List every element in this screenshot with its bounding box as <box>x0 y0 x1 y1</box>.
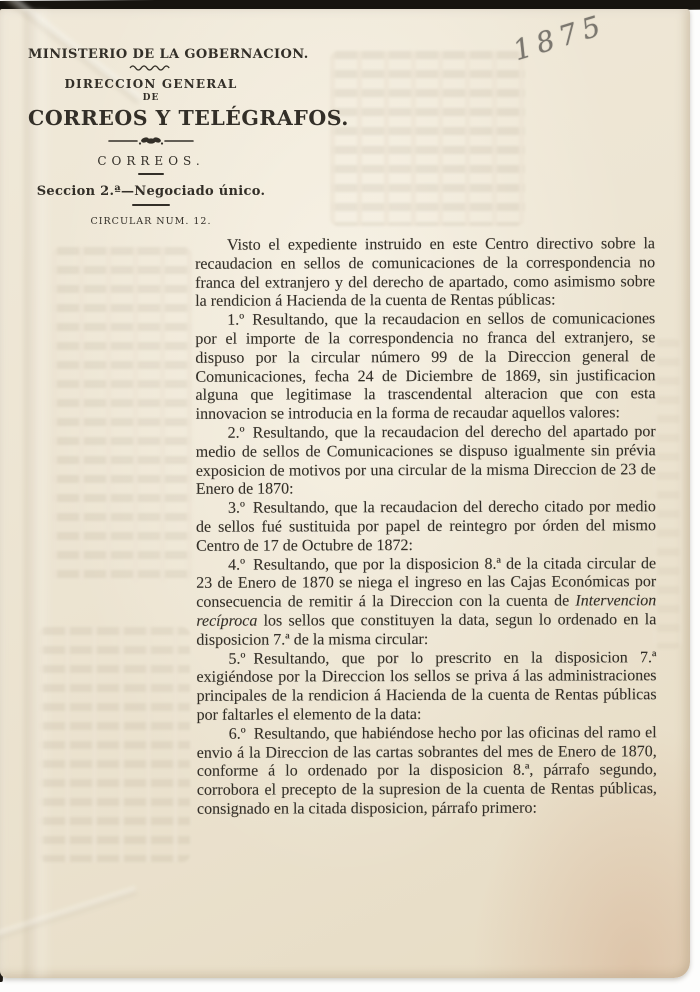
scanned-document: 1875 MINISTERIO DE LA GOBERNACION. DIREC… <box>0 0 700 992</box>
divider-rule <box>138 173 164 175</box>
fleuron-ornament-icon <box>105 134 197 148</box>
direction-general-line: DIRECCION GENERAL <box>28 77 274 91</box>
reverse-side-showthrough <box>52 247 192 582</box>
paragraph: 2.º Resultando, que la recaudacion del d… <box>196 423 656 500</box>
paragraph: Visto el expediente instruido en este Ce… <box>195 235 655 312</box>
reverse-side-showthrough <box>330 51 525 226</box>
direction-de-line: DE <box>28 93 274 103</box>
paper-crease-bottom-left <box>0 886 137 943</box>
squiggle-underline-icon <box>128 63 174 71</box>
paragraph: 4.º Resultando, que por la disposicion 8… <box>196 555 656 651</box>
circular-number: CIRCULAR NUM. 12. <box>28 216 274 227</box>
page-header: MINISTERIO DE LA GOBERNACION. DIRECCION … <box>28 47 274 227</box>
handwritten-year: 1875 <box>509 8 610 67</box>
ministry-title: MINISTERIO DE LA GOBERNACION. <box>28 47 274 62</box>
branch-title: CORREOS. <box>28 154 274 168</box>
reverse-side-showthrough <box>38 627 190 862</box>
paragraph: 1.º Resultando, que la recaudacion en se… <box>195 310 655 424</box>
paragraph: 3.º Resultando, que la recaudacion del d… <box>196 498 656 556</box>
section-line: Seccion 2.ª—Negociado único. <box>28 184 274 199</box>
body-paragraphs: Visto el expediente instruido en este Ce… <box>195 235 657 819</box>
paragraph: 5.º Resultando, que por lo prescrito en … <box>196 649 656 726</box>
divider-rule <box>132 204 170 206</box>
scanned-page: 1875 MINISTERIO DE LA GOBERNACION. DIREC… <box>0 9 690 978</box>
correos-telegrafos-title: CORREOS Y TELÉGRAFOS. <box>28 106 274 130</box>
paragraph: 6.º Resultando, que habiéndose hecho por… <box>197 724 657 820</box>
reverse-side-showthrough <box>652 339 682 649</box>
